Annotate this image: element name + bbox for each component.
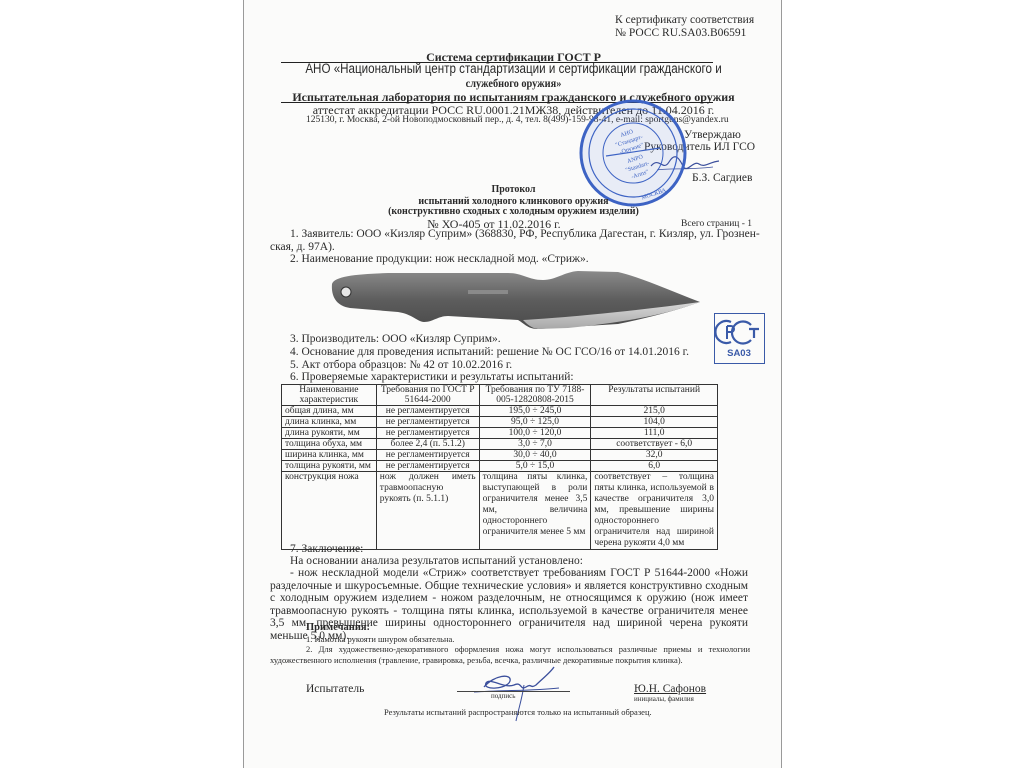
table-cell: нож должен иметь травмоопасную рукоять (… [376, 472, 479, 550]
certificate-reference: К сертификату соответствия № РОСС RU.SA0… [615, 14, 754, 40]
tester-role: Испытатель [306, 683, 364, 695]
table-row: конструкция ножа нож должен иметь травмо… [282, 472, 718, 550]
table-cell: соответствует - 6,0 [591, 439, 718, 450]
notes-heading: Примечания: [306, 622, 370, 633]
certificate-reference-number: № РОСС RU.SA03.B06591 [615, 27, 754, 40]
table-row: толщина обуха, мм более 2,4 (п. 5.1.2) 3… [282, 439, 718, 450]
table-cell: 6,0 [591, 461, 718, 472]
signature-caption: подпись [491, 692, 515, 700]
tester-name-caption: инициалы, фамилия [634, 695, 694, 703]
results-table: Наименование характеристик Требования по… [281, 384, 718, 550]
protocol-subtitle-parenthetical: (конструктивно сходных с холодным оружие… [244, 206, 783, 217]
footer-disclaimer: Результаты испытаний распространяются то… [384, 707, 652, 717]
table-cell: 111,0 [591, 428, 718, 439]
table-cell: толщина пяты клинка, выступающей в роли … [479, 472, 591, 550]
table-cell: 3,0 ÷ 7,0 [479, 439, 591, 450]
table-cell: конструкция ножа [282, 472, 377, 550]
gost-conformity-mark: SA03 [714, 313, 765, 364]
table-cell: 30,0 ÷ 40,0 [479, 450, 591, 461]
table-cell: не регламентируется [376, 450, 479, 461]
approver-name: Б.З. Сагдиев [692, 172, 752, 184]
table-cell: не регламентируется [376, 406, 479, 417]
table-cell: не регламентируется [376, 417, 479, 428]
table-cell: ширина клинка, мм [282, 450, 377, 461]
table-row: толщина рукояти, мм не регламентируется … [282, 461, 718, 472]
organization-name: АНО «Национальный центр стандартизации и… [282, 62, 746, 90]
certificate-reference-line1: К сертификату соответствия [615, 14, 754, 27]
table-row: общая длина, мм не регламентируется 195,… [282, 406, 718, 417]
organization-name-line2: служебного оружия» [282, 76, 746, 90]
checked-characteristics-heading: 6. Проверяемые характеристики и результа… [290, 371, 574, 384]
table-cell: 95,0 ÷ 125,0 [479, 417, 591, 428]
table-cell: толщина обуха, мм [282, 439, 377, 450]
pct-logo-icon [715, 317, 763, 347]
table-row: ширина клинка, мм не регламентируется 30… [282, 450, 718, 461]
column-header: Наименование характеристик [282, 385, 377, 406]
table-cell: 104,0 [591, 417, 718, 428]
test-basis-line: 4. Основание для проведения испытаний: р… [290, 346, 689, 359]
table-cell: 215,0 [591, 406, 718, 417]
table-cell: длина клинка, мм [282, 417, 377, 428]
manufacturer-line: 3. Производитель: ООО «Кизляр Суприм». [290, 333, 501, 346]
table-cell: не регламентируется [376, 461, 479, 472]
approval-label: Утверждаю [684, 128, 741, 142]
table-cell: длина рукояти, мм [282, 428, 377, 439]
organization-name-line1: АНО «Национальный центр стандартизации и… [282, 62, 746, 76]
table-cell: не регламентируется [376, 428, 479, 439]
table-row: длина клинка, мм не регламентируется 95,… [282, 417, 718, 428]
product-name: 2. Наименование продукции: нож нескладно… [290, 253, 589, 266]
certification-body-code: SA03 [715, 348, 763, 359]
document-page: К сертификату соответствия № РОСС RU.SA0… [243, 0, 782, 768]
table-cell: 100,0 ÷ 120,0 [479, 428, 591, 439]
table-cell: общая длина, мм [282, 406, 377, 417]
table-row: длина рукояти, мм не регламентируется 10… [282, 428, 718, 439]
table-cell: толщина рукояти, мм [282, 461, 377, 472]
table-cell: 32,0 [591, 450, 718, 461]
column-header: Требования по ТУ 7188-005-12820808-2015 [479, 385, 591, 406]
column-header: Требования по ГОСТ Р 51644-2000 [376, 385, 479, 406]
table-cell: 195,0 ÷ 245,0 [479, 406, 591, 417]
column-header: Результаты испытаний [591, 385, 718, 406]
table-cell: 5,0 ÷ 15,0 [479, 461, 591, 472]
knife-photo [328, 268, 700, 334]
table-cell: более 2,4 (п. 5.1.2) [376, 439, 479, 450]
applicant-line: 1. Заявитель: ООО «Кизляр Суприм» (36883… [290, 228, 760, 241]
tester-name: Ю.Н. Сафонов [634, 683, 706, 695]
table-cell: соответствует – толщина пяты клинка, исп… [591, 472, 718, 550]
table-header-row: Наименование характеристик Требования по… [282, 385, 718, 406]
protocol-title: Протокол [244, 185, 783, 195]
